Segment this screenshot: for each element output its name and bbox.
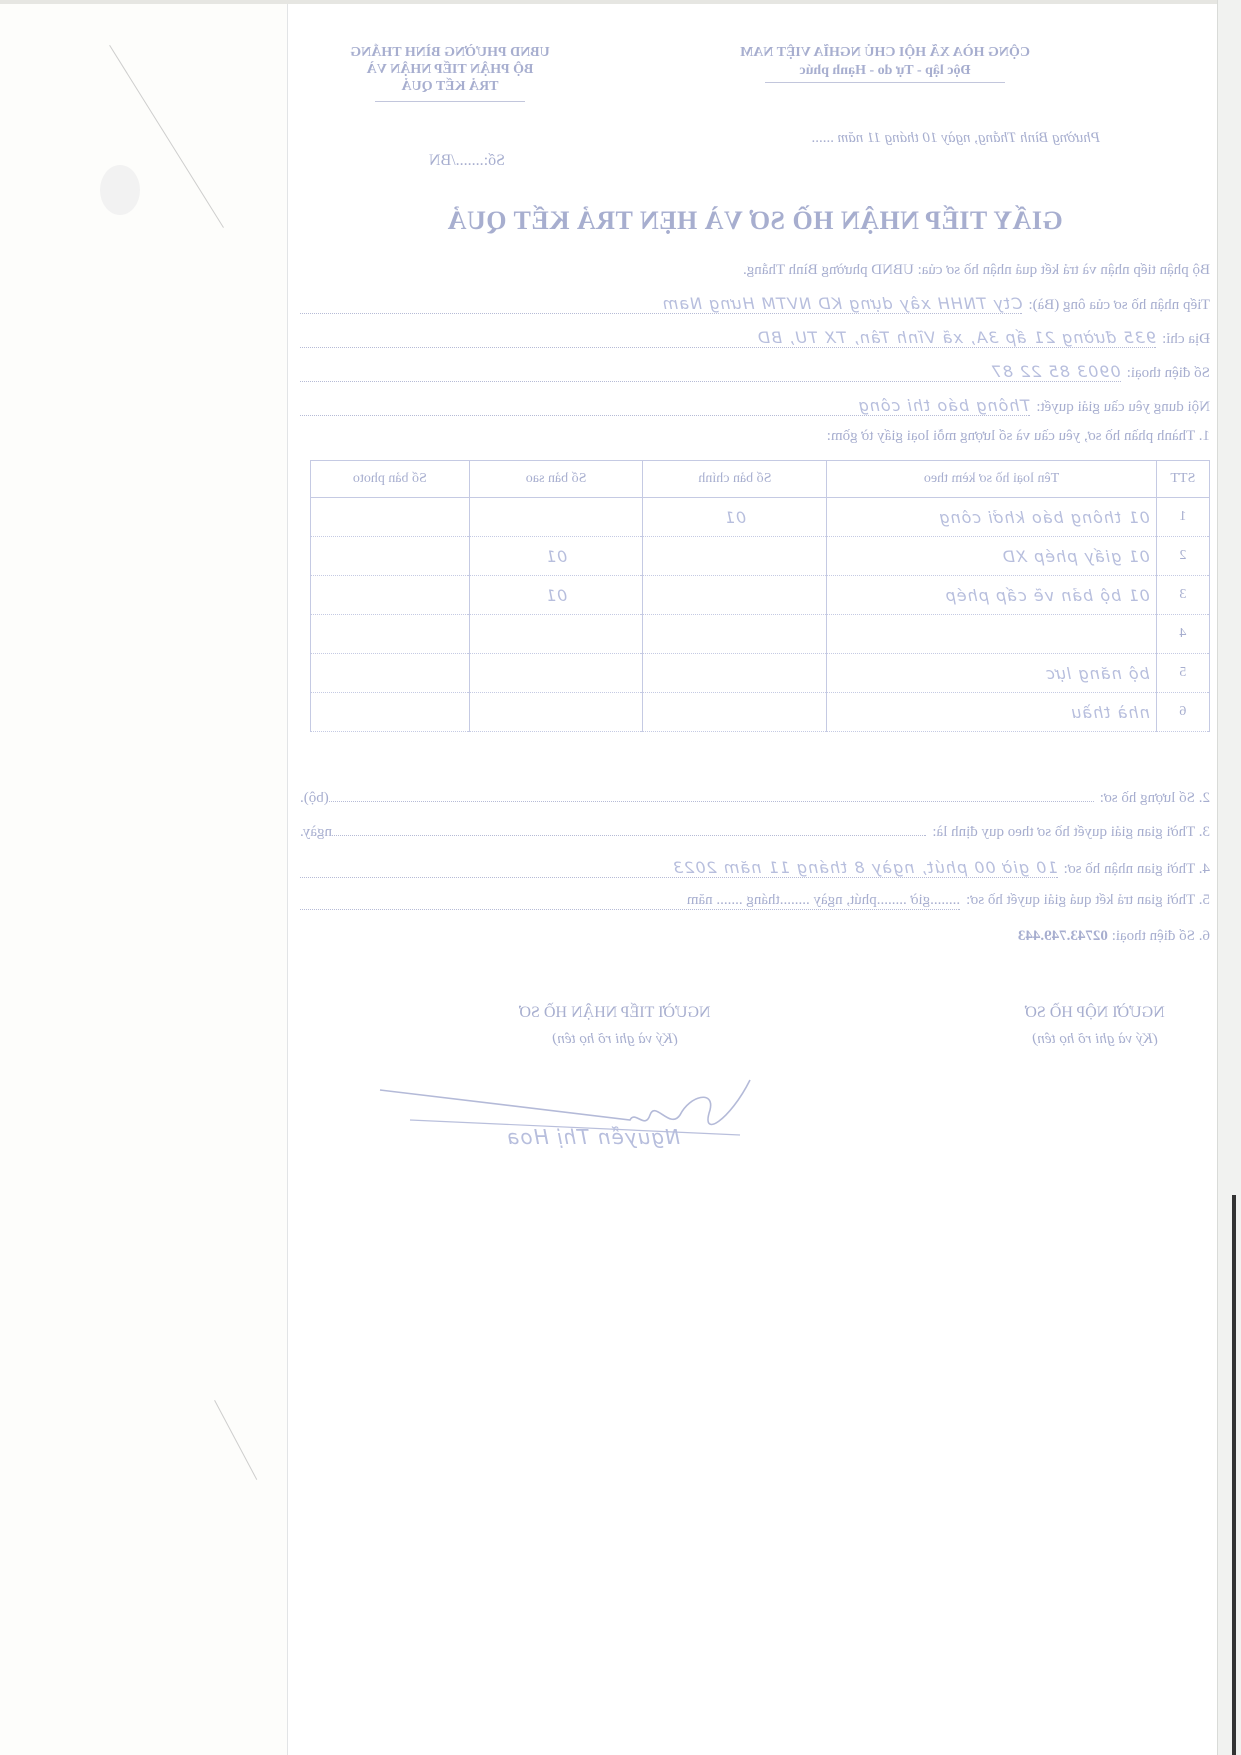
table-row: 5 bộ năng lực bbox=[311, 654, 1210, 693]
national-motto: CỘNG HÒA XÃ HỘI CHỦ NGHĨA VIỆT NAM bbox=[655, 44, 1115, 62]
scan-right-edge bbox=[1217, 0, 1241, 1755]
field-label: Số điện thoại: bbox=[1127, 365, 1210, 382]
agency-name: UBND PHƯỜNG BÌNH THẮNG bbox=[300, 44, 600, 61]
documents-table: STT Tên loại hồ sơ kèm theo Số bản chính… bbox=[310, 460, 1210, 732]
cell-originals bbox=[643, 576, 827, 615]
field-value: 935 đường 21 ấp 3A, xã Vĩnh Tân, TX TU, … bbox=[300, 328, 1156, 348]
intro-line: Bộ phận tiếp nhận và trả kết quả nhận hồ… bbox=[743, 262, 1210, 279]
item-suffix: ngày. bbox=[300, 824, 332, 841]
receiver-signature-block: NGƯỜI TIẾP NHẬN HỒ SƠ (Ký và ghi rõ họ t… bbox=[450, 1000, 780, 1052]
cell-stt: 5 bbox=[1156, 654, 1209, 693]
table-row: 4 bbox=[311, 615, 1210, 654]
section1-heading: 1. Thành phần hồ sơ, yêu cầu và số lượng… bbox=[827, 428, 1210, 445]
cell-copies bbox=[469, 615, 643, 654]
cell-photos bbox=[311, 693, 470, 732]
col-header-originals: Số bản chính bbox=[643, 461, 827, 498]
cell-name: 01 bộ bản vẽ cấp phép bbox=[827, 576, 1156, 615]
item-received-time: 4. Thời gian nhận hồ sơ: 10 giờ 00 phút,… bbox=[300, 858, 1210, 878]
item-file-count: 2. Số lượng hồ sơ: (bộ). bbox=[300, 790, 1210, 807]
field-label: Địa chỉ: bbox=[1162, 331, 1210, 348]
item-processing-time: 3. Thời gian giải quyết hồ sơ theo quy đ… bbox=[300, 824, 1210, 841]
document-title: GIẤY TIẾP NHẬN HỒ SƠ VÀ HẸN TRẢ KẾT QUẢ bbox=[300, 206, 1210, 236]
agency-department-cont: TRẢ KẾT QUẢ bbox=[300, 78, 600, 95]
cell-stt: 3 bbox=[1156, 576, 1209, 615]
scan-dark-edge bbox=[1232, 1195, 1236, 1755]
cell-stt: 6 bbox=[1156, 693, 1209, 732]
receiver-signed-name: Nguyễn Thị Hoa bbox=[506, 1125, 680, 1149]
field-address: Địa chỉ: 935 đường 21 ấp 3A, xã Vĩnh Tân… bbox=[300, 328, 1210, 348]
item-value: 02743.749.443 bbox=[1018, 928, 1108, 944]
cell-stt: 2 bbox=[1156, 537, 1209, 576]
submitter-signature-block: NGƯỜI NỘP HỒ SƠ (Ký và ghi rõ họ tên) bbox=[980, 1000, 1210, 1052]
item-suffix: (bộ). bbox=[300, 790, 329, 807]
field-value: Cty TNHH xây dựng KD NVTM Hưng Nam bbox=[300, 294, 1022, 314]
cell-stt: 4 bbox=[1156, 615, 1209, 654]
agency-department: BỘ PHẬN TIẾP NHẬN VÀ bbox=[300, 61, 600, 78]
receiver-note: (Ký và ghi rõ họ tên) bbox=[450, 1026, 780, 1052]
cell-copies bbox=[469, 498, 643, 537]
field-value: Thông báo thi công bbox=[300, 396, 1030, 416]
item-value: 10 giờ 00 phút, ngày 8 tháng 11 năm 2023 bbox=[300, 858, 1058, 878]
table-row: 3 01 bộ bản vẽ cấp phép 01 bbox=[311, 576, 1210, 615]
col-header-stt: STT bbox=[1156, 461, 1209, 498]
cell-name: bộ năng lực bbox=[827, 654, 1156, 693]
col-header-name: Tên loại hồ sơ kèm theo bbox=[827, 461, 1156, 498]
item-label: 4. Thời gian nhận hồ sơ: bbox=[1064, 861, 1210, 878]
table-header-row: STT Tên loại hồ sơ kèm theo Số bản chính… bbox=[311, 461, 1210, 498]
cell-name bbox=[827, 615, 1156, 654]
national-header: CỘNG HÒA XÃ HỘI CHỦ NGHĨA VIỆT NAM Độc l… bbox=[655, 44, 1115, 83]
cell-copies bbox=[469, 654, 643, 693]
receiver-title: NGƯỜI TIẾP NHẬN HỒ SƠ bbox=[450, 1000, 780, 1026]
item-value: ........giờ ........phút, ngày ........t… bbox=[300, 892, 960, 910]
cell-originals bbox=[643, 693, 827, 732]
field-phone: Số điện thoại: 0903 85 22 87 bbox=[300, 362, 1210, 382]
field-request: Nội dung yêu cầu giải quyết: Thông báo t… bbox=[300, 396, 1210, 416]
field-value: 0903 85 22 87 bbox=[300, 362, 1121, 382]
item-label: 2. Số lượng hồ sơ: bbox=[1100, 790, 1210, 807]
table-row: 2 01 giấy phép XD 01 bbox=[311, 537, 1210, 576]
cell-stt: 1 bbox=[1156, 498, 1209, 537]
cell-originals bbox=[643, 615, 827, 654]
cell-originals: 01 bbox=[643, 498, 827, 537]
cell-copies bbox=[469, 693, 643, 732]
item-value bbox=[332, 835, 926, 836]
cell-copies: 01 bbox=[469, 537, 643, 576]
cell-photos bbox=[311, 576, 470, 615]
item-return-time: 5. Thời gian trả kết quả giải quyết hồ s… bbox=[300, 892, 1210, 910]
item-label: 5. Thời gian trả kết quả giải quyết hồ s… bbox=[966, 892, 1210, 909]
cell-photos bbox=[311, 537, 470, 576]
field-applicant: Tiếp nhận hồ sơ của ông (Bà): Cty TNHH x… bbox=[300, 294, 1210, 314]
field-label: Nội dung yêu cầu giải quyết: bbox=[1036, 399, 1210, 416]
cell-photos bbox=[311, 654, 470, 693]
col-header-copies: Số bản sao bbox=[469, 461, 643, 498]
agency-header: UBND PHƯỜNG BÌNH THẮNG BỘ PHẬN TIẾP NHẬN… bbox=[300, 44, 600, 102]
cell-name: nhà thầu bbox=[827, 693, 1156, 732]
slogan-rule bbox=[765, 82, 1005, 83]
cell-name: 01 thông báo khởi công bbox=[827, 498, 1156, 537]
receiver-signature-icon bbox=[370, 1060, 770, 1180]
cell-name: 01 giấy phép XD bbox=[827, 537, 1156, 576]
table-row: 1 01 thông báo khởi công 01 bbox=[311, 498, 1210, 537]
issue-date: Phường Bình Thắng, ngày 10 tháng 11 năm … bbox=[811, 130, 1100, 147]
submitter-title: NGƯỜI NỘP HỒ SƠ bbox=[980, 1000, 1210, 1026]
header-rule bbox=[375, 101, 525, 102]
cell-photos bbox=[311, 498, 470, 537]
cell-copies: 01 bbox=[469, 576, 643, 615]
mirrored-document: UBND PHƯỜNG BÌNH THẮNG BỘ PHẬN TIẾP NHẬN… bbox=[300, 30, 1210, 1230]
item-value bbox=[329, 801, 1094, 802]
document-number: Số:......./BN bbox=[429, 152, 505, 170]
col-header-photos: Số bản photo bbox=[311, 461, 470, 498]
cell-originals bbox=[643, 654, 827, 693]
item-contact-phone: 6. Số điện thoại: 02743.749.443 bbox=[1018, 928, 1210, 945]
paper-stain bbox=[100, 165, 140, 215]
field-label: Tiếp nhận hồ sơ của ông (Bà): bbox=[1028, 297, 1210, 314]
table-row: 6 nhà thầu bbox=[311, 693, 1210, 732]
cell-photos bbox=[311, 615, 470, 654]
cell-originals bbox=[643, 537, 827, 576]
submitter-note: (Ký và ghi rõ họ tên) bbox=[980, 1026, 1210, 1052]
item-label: 3. Thời gian giải quyết hồ sơ theo quy đ… bbox=[932, 824, 1210, 841]
national-slogan: Độc lập - Tự do - Hạnh phúc bbox=[655, 62, 1115, 80]
item-label: 6. Số điện thoại: bbox=[1112, 928, 1210, 944]
